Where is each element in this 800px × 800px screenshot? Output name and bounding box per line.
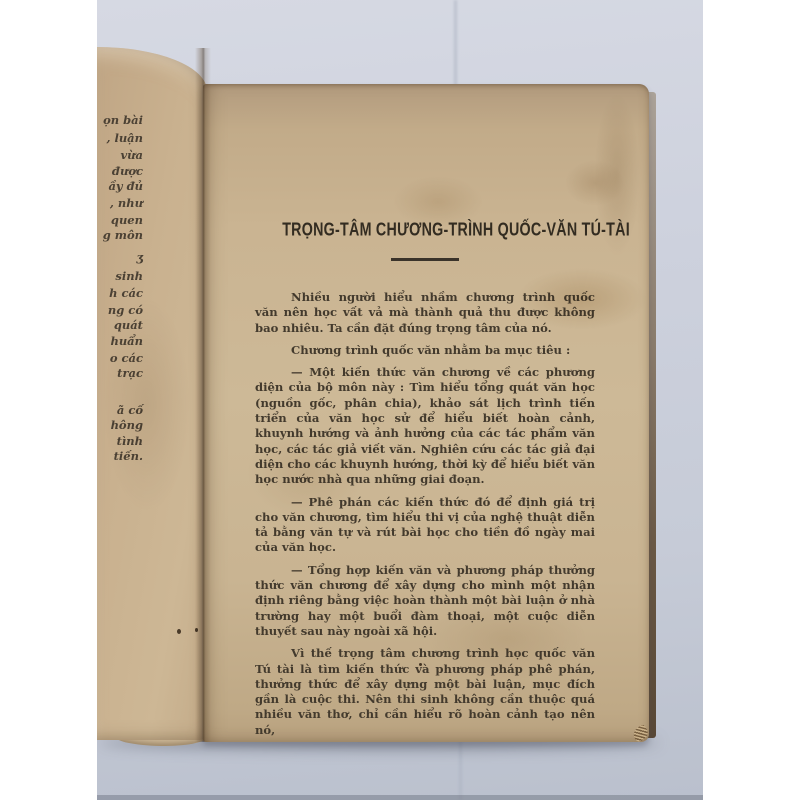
page-title: TRỌNG-TÂM CHƯƠNG-TRÌNH QUỐC-VĂN TÚ-TÀI [282,219,568,241]
left-page-text-fragment: vừa [121,148,144,162]
book-photo: ọn bài, luậnvừađượcầy đủ, nhưqueng mônʒs… [97,0,703,800]
left-page-text-fragment: được [112,164,143,178]
left-page-text-fragment: tiến. [114,449,143,463]
left-page-text-fragment: huẩn [110,334,143,348]
left-page-text-fragment: trạc [117,366,143,380]
paragraph: — Phê phán các kiến thức đó để định giá … [255,495,595,556]
left-page-text-fragment: ọn bài [103,113,143,127]
right-page: TRỌNG-TÂM CHƯƠNG-TRÌNH QUỐC-VĂN TÚ-TÀI N… [203,84,649,742]
paragraph: — Tổng hợp kiến văn và phương pháp thưởn… [255,563,595,639]
page-body: Nhiều người hiểu nhầm chương trình quốc … [255,290,595,745]
left-page-text-fragment: , luận [106,131,143,145]
left-page-text-fragment: ầy đủ [108,179,143,193]
left-page-text-fragment: hông [111,418,143,432]
title-rule [255,258,595,261]
left-page-text-fragment: tình [117,434,143,448]
backdrop-crease [454,0,457,88]
left-page-text-fragment: h các [109,286,143,300]
paragraph: Chương trình quốc văn nhằm ba mục tiêu : [255,343,595,358]
book-gutter [195,48,211,742]
left-page-text-fragment: , như [110,196,143,210]
left-page-text-fragment: ã cố [117,403,143,417]
left-page-text: ọn bài, luậnvừađượcầy đủ, nhưqueng mônʒs… [97,0,143,520]
left-page-text-fragment: quát [114,318,143,332]
left-page-text-fragment: o các [110,351,143,365]
paragraph: Vì thế trọng tâm chương trình học quốc v… [255,646,595,738]
paragraph: Nhiều người hiểu nhầm chương trình quốc … [255,290,595,336]
paragraph: — Một kiến thức văn chương về các phương… [255,365,595,487]
title-rule-line [391,258,459,261]
left-page-text-fragment: ng có [108,303,143,317]
left-page-text-fragment: quen [111,213,143,227]
left-page-text-fragment: g môn [103,228,143,242]
left-page-text-fragment: ʒ [136,250,143,264]
left-page-text-fragment: sinh [115,269,143,283]
